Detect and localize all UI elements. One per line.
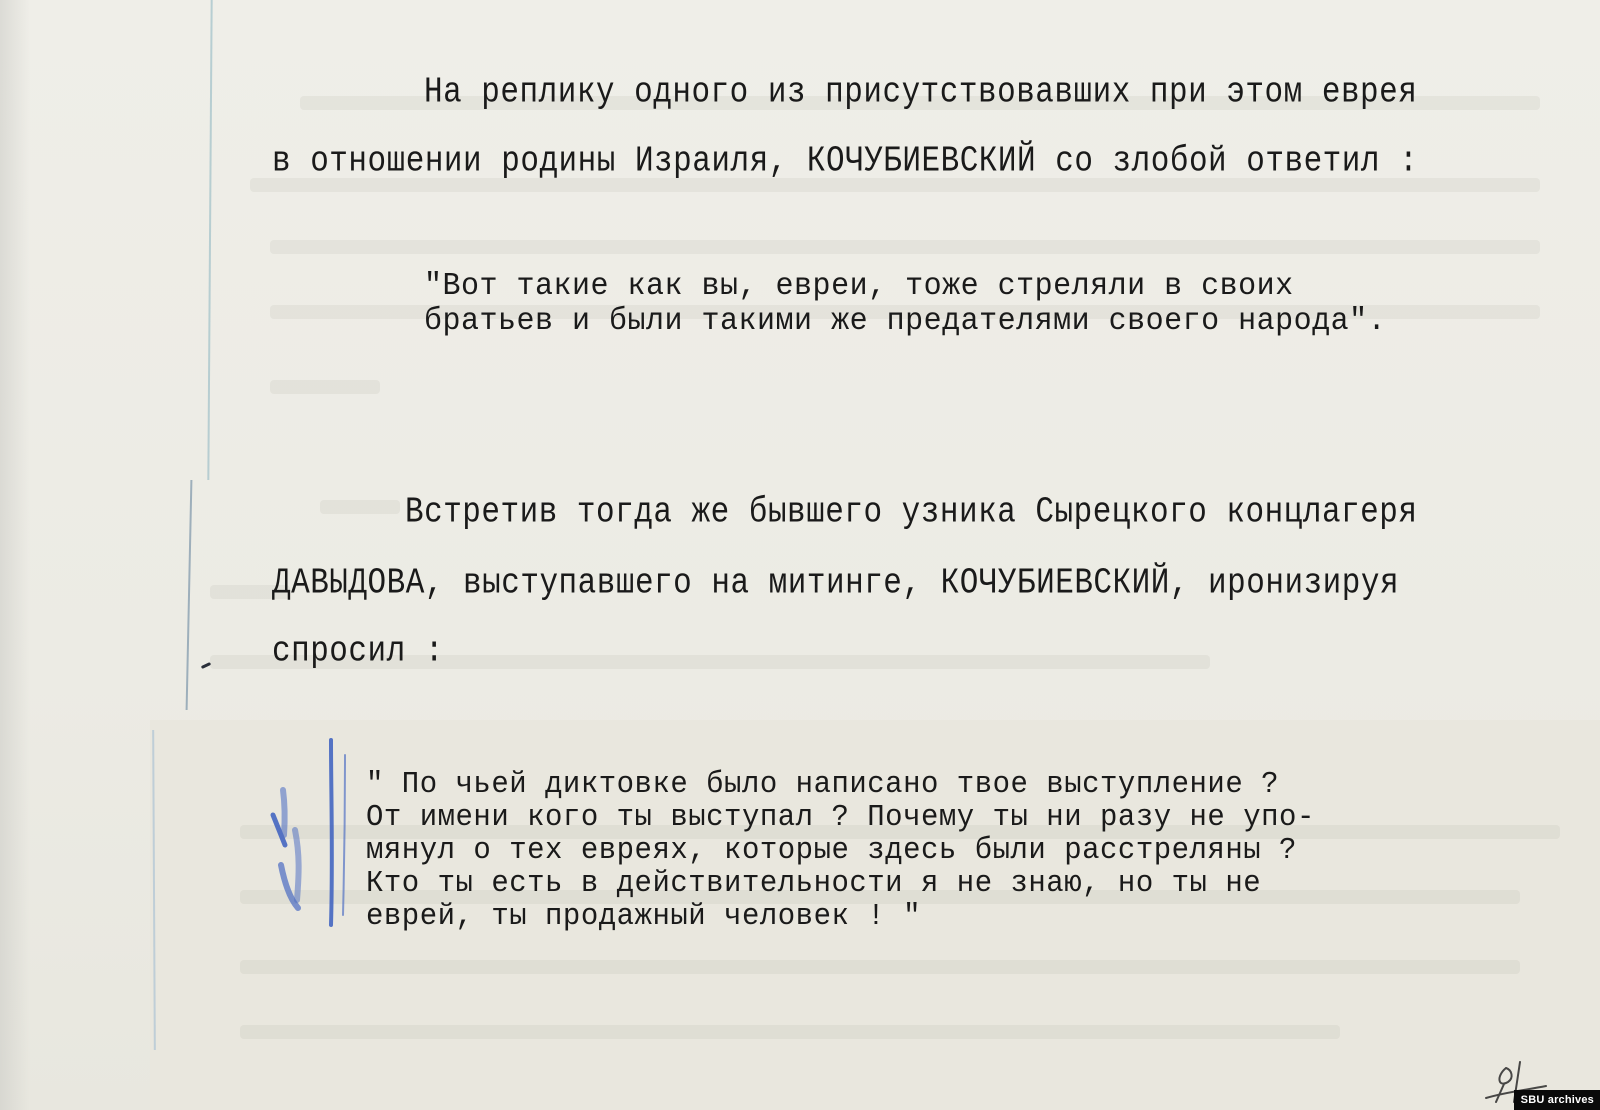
quote-2-line-3: мянул о тех евреях, которые здесь были р…	[366, 834, 1297, 867]
paragraph-1-line-1: На реплику одного из присутствовавших пр…	[424, 72, 1417, 113]
quote-2-line-2: От имени кого ты выступал ? Почему ты ни…	[366, 801, 1315, 834]
paragraph-2-line-1: Встретив тогда же бывшего узника Сырецко…	[405, 492, 1417, 533]
paragraph-2-line-2: ДАВЫДОВА, выступавшего на митинге, КОЧУБ…	[272, 563, 1399, 604]
quote-1-line-2: братьев и были такими же предателями сво…	[424, 305, 1386, 339]
paragraph-2-line-3: спросил :	[272, 631, 444, 672]
quote-2-line-4: Кто ты есть в действительности я не знаю…	[366, 867, 1261, 900]
page-edge-shadow	[0, 0, 30, 1110]
quote-2-line-1: " По чьей диктовке было написано твое вы…	[366, 768, 1279, 801]
quote-1-line-1: "Вот такие как вы, евреи, тоже стреляли …	[424, 270, 1294, 304]
paragraph-1-line-2: в отношении родины Израиля, КОЧУБИЕВСКИЙ…	[272, 141, 1418, 182]
source-watermark: SBU archives	[1514, 1090, 1600, 1110]
pencil-check-mark-icon	[255, 735, 355, 935]
quote-2-line-5: еврей, ты продажный человек ! "	[366, 900, 921, 933]
